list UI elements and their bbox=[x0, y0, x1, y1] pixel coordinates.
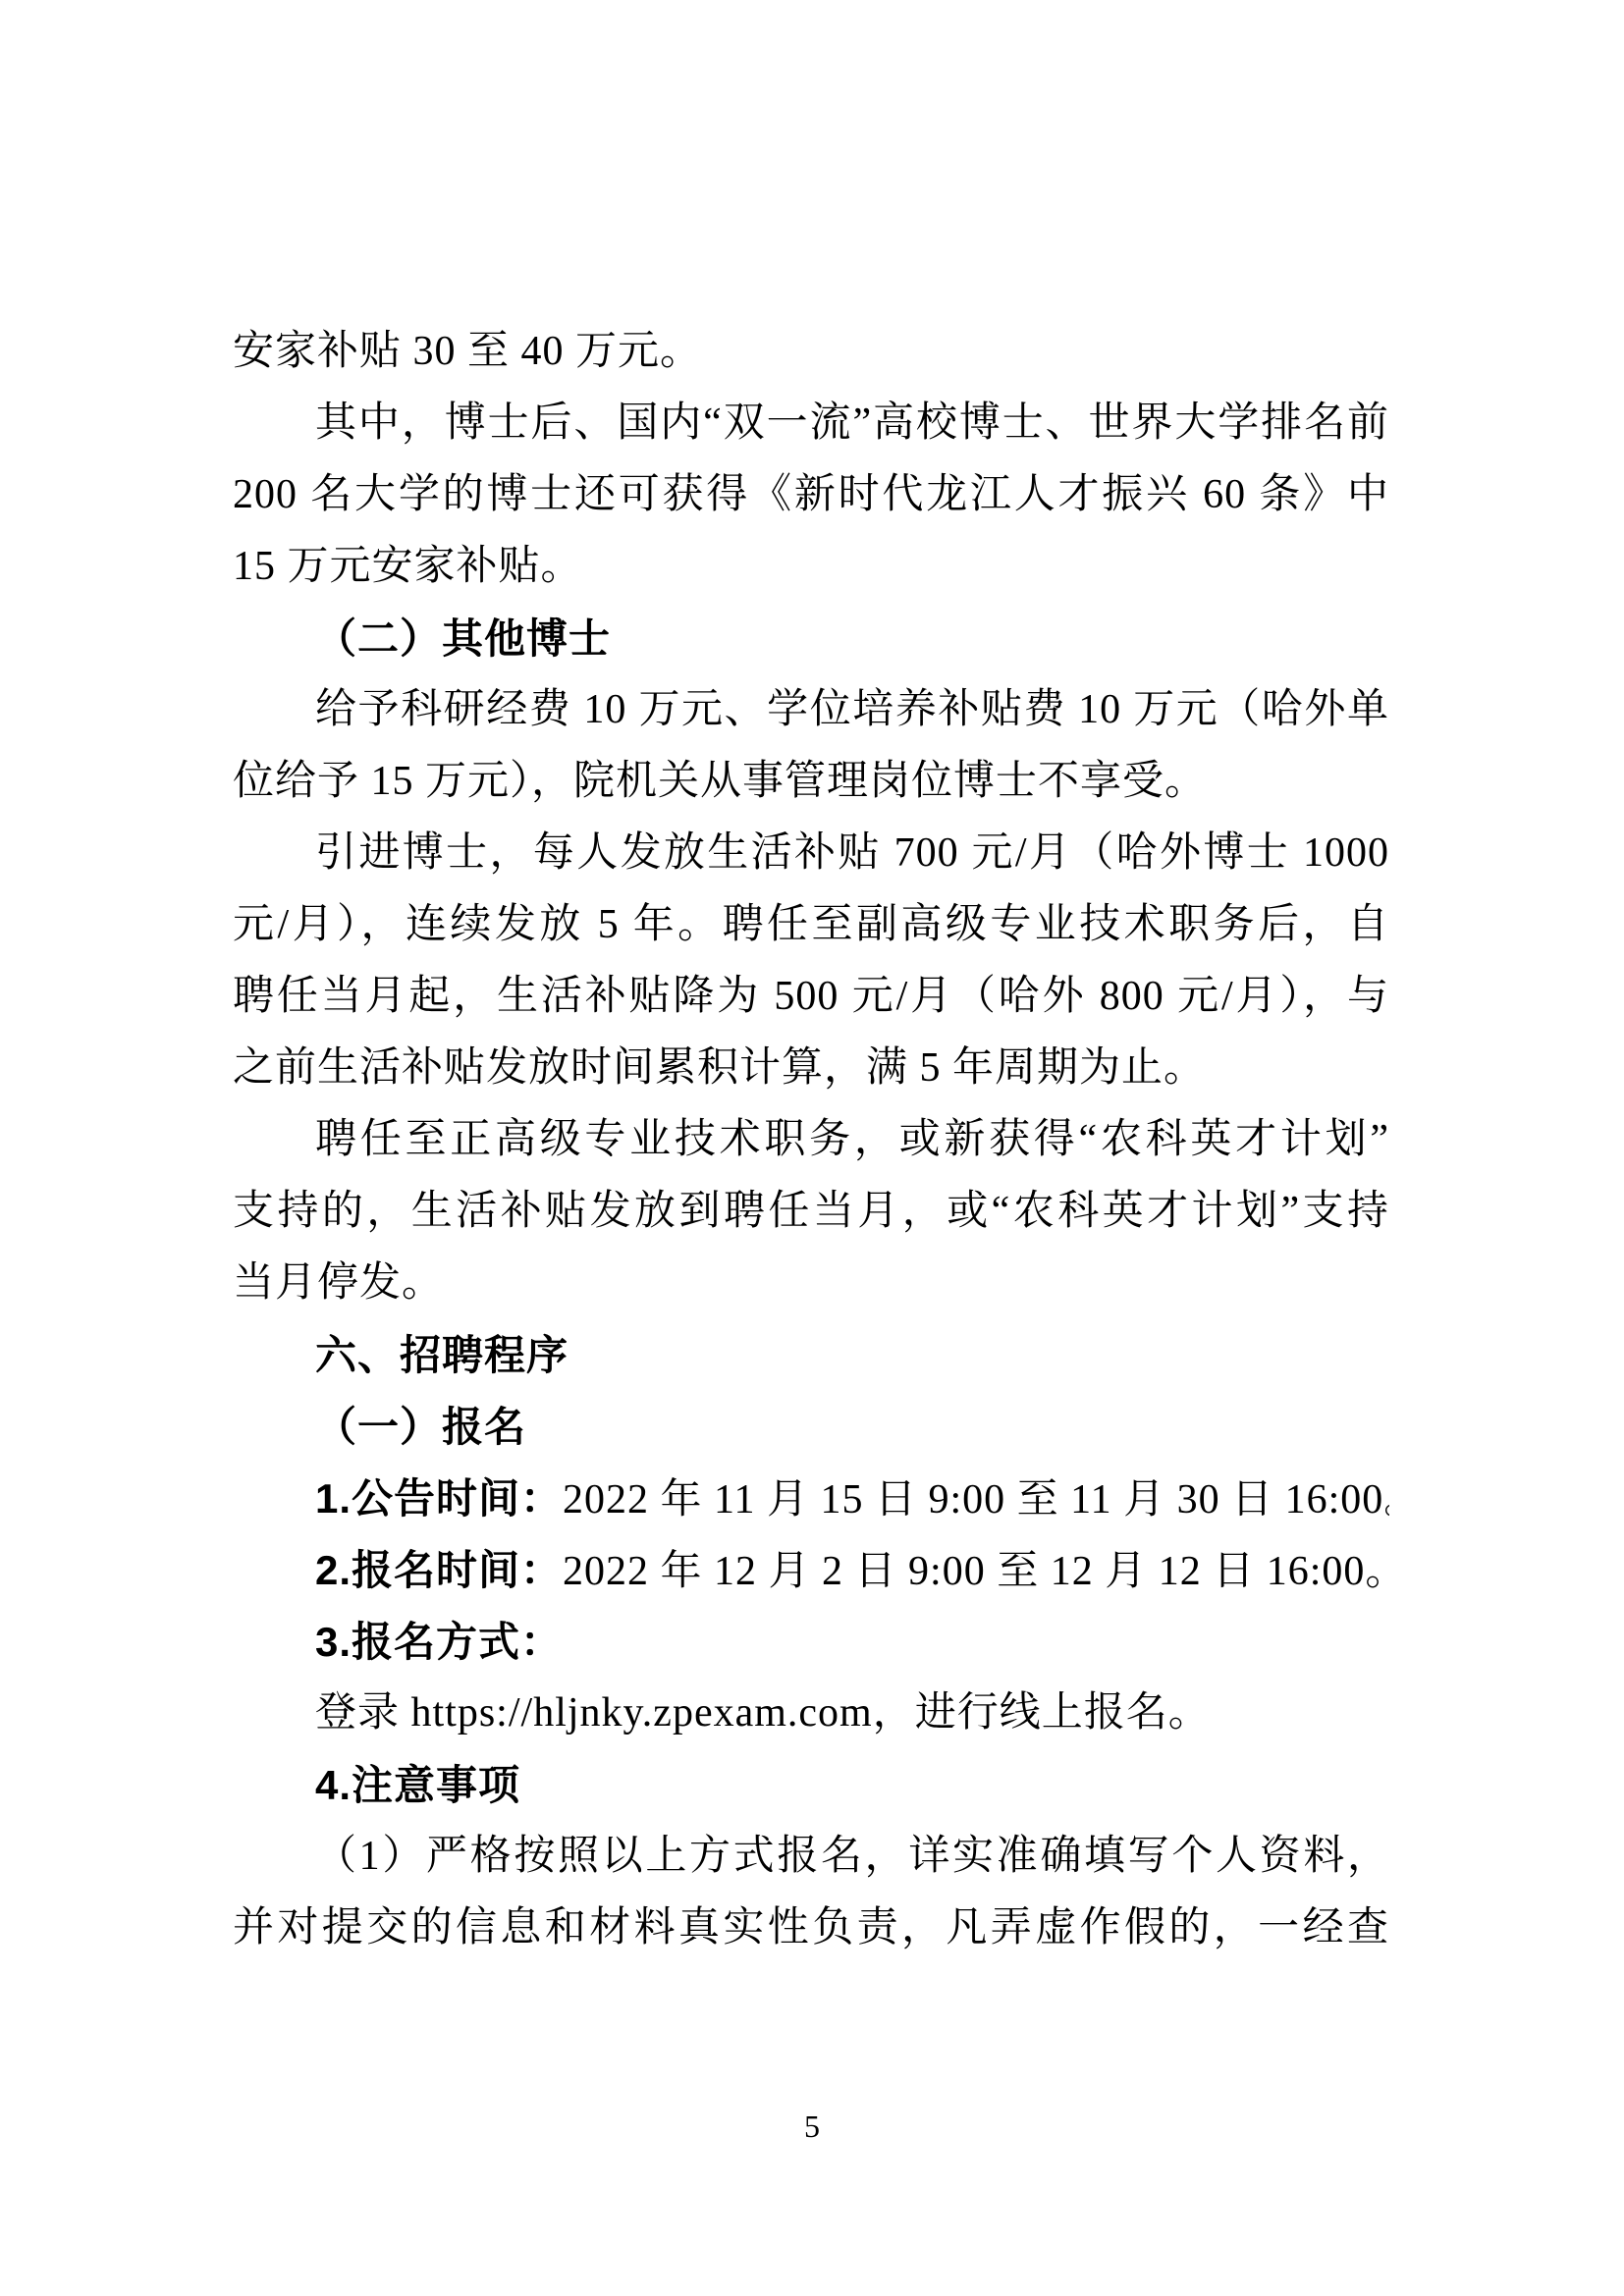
line-text: 支持的，生活补贴发放到聘任当月，或“农科英才计划”支持 bbox=[233, 1189, 1389, 1234]
text-line: 引进博士，每人发放生活补贴 700 元/月（哈外博士 1000 bbox=[233, 818, 1389, 889]
line-label: 1.公告时间： bbox=[315, 1475, 563, 1522]
line-text: 聘任当月起，生活补贴降为 500 元/月（哈外 800 元/月），与 bbox=[233, 974, 1389, 1019]
text-line: 之前生活补贴发放时间累积计算，满 5 年周期为止。 bbox=[233, 1033, 1389, 1104]
heading-line: （一）报名 bbox=[233, 1391, 1389, 1463]
line-label: 2.报名时间： bbox=[315, 1547, 563, 1593]
text-line: 安家补贴 30 至 40 万元。 bbox=[233, 316, 1389, 388]
line-text: （一）报名 bbox=[315, 1404, 526, 1450]
text-line: 当月停发。 bbox=[233, 1248, 1389, 1319]
line-text: 其中，博士后、国内“双一流”高校博士、世界大学排名前 bbox=[315, 400, 1389, 446]
line-text: 200 名大学的博士还可获得《新时代龙江人才振兴 60 条》中 bbox=[233, 472, 1389, 517]
text-line: 位给予 15 万元），院机关从事管理岗位博士不享受。 bbox=[233, 746, 1389, 818]
document-page: 安家补贴 30 至 40 万元。其中，博士后、国内“双一流”高校博士、世界大学排… bbox=[0, 0, 1624, 2296]
text-line: 登录 https://hljnky.zpexam.com，进行线上报名。 bbox=[233, 1678, 1389, 1749]
text-line: 3.报名方式： bbox=[233, 1606, 1389, 1678]
page-number: 5 bbox=[0, 2109, 1624, 2145]
text-line: 支持的，生活补贴发放到聘任当月，或“农科英才计划”支持 bbox=[233, 1176, 1389, 1248]
line-text: 当月停发。 bbox=[233, 1260, 444, 1306]
heading-line: （二）其他博士 bbox=[233, 603, 1389, 674]
text-line: 聘任当月起，生活补贴降为 500 元/月（哈外 800 元/月），与 bbox=[233, 961, 1389, 1033]
text-line: 15 万元安家补贴。 bbox=[233, 531, 1389, 603]
heading-line: 六、招聘程序 bbox=[233, 1319, 1389, 1391]
text-line: 聘任至正高级专业技术职务，或新获得“农科英才计划” bbox=[233, 1104, 1389, 1176]
line-text: 2022 年 12 月 2 日 9:00 至 12 月 12 日 16:00。 bbox=[563, 1549, 1389, 1594]
line-text: 六、招聘程序 bbox=[315, 1332, 568, 1378]
text-line: 2.报名时间：2022 年 12 月 2 日 9:00 至 12 月 12 日 … bbox=[233, 1534, 1389, 1606]
line-text: 引进博士，每人发放生活补贴 700 元/月（哈外博士 1000 bbox=[315, 830, 1389, 876]
line-text: 位给予 15 万元），院机关从事管理岗位博士不享受。 bbox=[233, 759, 1207, 804]
line-text: 给予科研经费 10 万元、学位培养补贴费 10 万元（哈外单 bbox=[315, 687, 1389, 732]
text-line: 其中，博士后、国内“双一流”高校博士、世界大学排名前 bbox=[233, 388, 1389, 459]
line-text: 15 万元安家补贴。 bbox=[233, 544, 583, 589]
line-label: 4.注意事项 bbox=[315, 1762, 520, 1808]
text-line: 200 名大学的博士还可获得《新时代龙江人才振兴 60 条》中 bbox=[233, 459, 1389, 531]
line-text: 安家补贴 30 至 40 万元。 bbox=[233, 329, 702, 374]
line-text: 登录 https://hljnky.zpexam.com，进行线上报名。 bbox=[315, 1690, 1211, 1735]
line-text: （1）严格按照以上方式报名，详实准确填写个人资料， bbox=[315, 1834, 1389, 1879]
text-line: 给予科研经费 10 万元、学位培养补贴费 10 万元（哈外单 bbox=[233, 674, 1389, 746]
line-text: 元/月），连续发放 5 年。聘任至副高级专业技术职务后，自 bbox=[233, 902, 1389, 947]
line-text: 之前生活补贴发放时间累积计算，满 5 年周期为止。 bbox=[233, 1045, 1206, 1091]
text-line: 并对提交的信息和材料真实性负责，凡弄虚作假的，一经查实， bbox=[233, 1893, 1389, 1964]
text-line: 4.注意事项 bbox=[233, 1749, 1389, 1821]
line-label: 3.报名方式： bbox=[315, 1619, 563, 1665]
line-text: （二）其他博士 bbox=[315, 615, 611, 662]
document-body: 安家补贴 30 至 40 万元。其中，博士后、国内“双一流”高校博士、世界大学排… bbox=[233, 316, 1389, 1964]
text-line: 元/月），连续发放 5 年。聘任至副高级专业技术职务后，自 bbox=[233, 889, 1389, 961]
line-text: 聘任至正高级专业技术职务，或新获得“农科英才计划” bbox=[315, 1117, 1389, 1162]
text-line: 1.公告时间：2022 年 11 月 15 日 9:00 至 11 月 30 日… bbox=[233, 1463, 1389, 1534]
line-text: 并对提交的信息和材料真实性负责，凡弄虚作假的，一经查实， bbox=[233, 1905, 1389, 1964]
text-line: （1）严格按照以上方式报名，详实准确填写个人资料， bbox=[233, 1821, 1389, 1893]
line-text: 2022 年 11 月 15 日 9:00 至 11 月 30 日 16:00。 bbox=[563, 1477, 1389, 1522]
